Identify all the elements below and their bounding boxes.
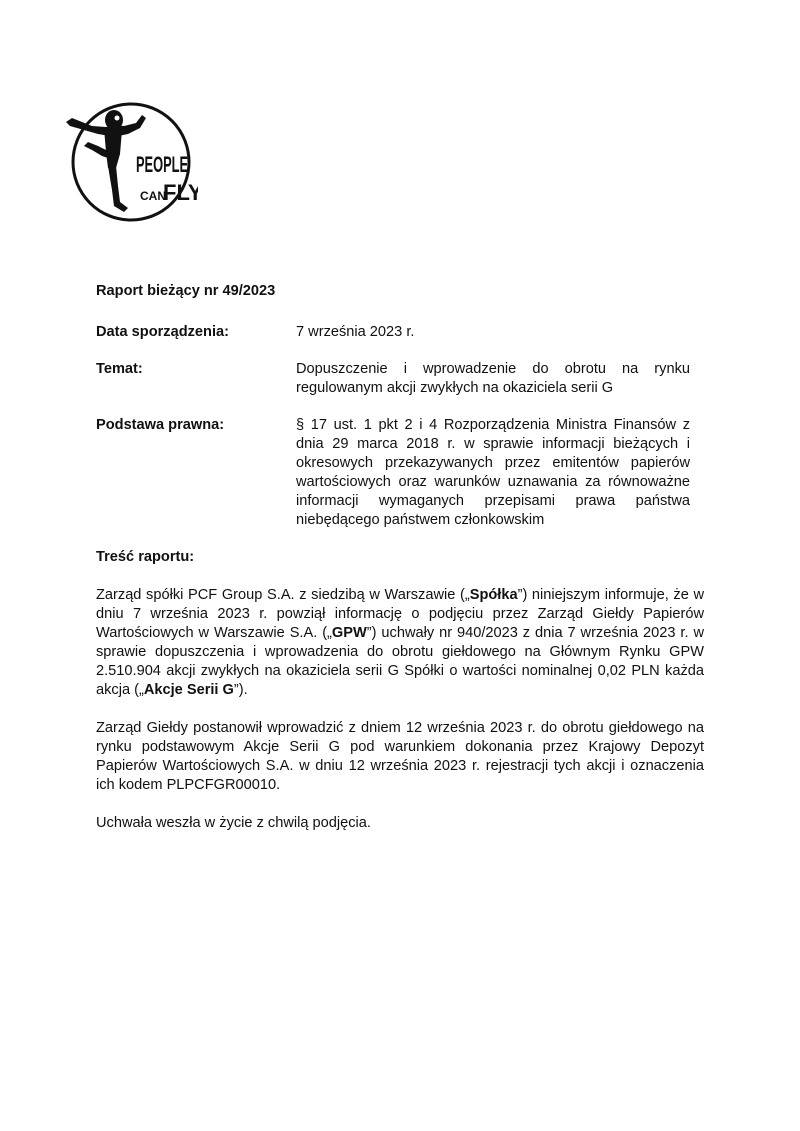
field-value: 7 września 2023 r.	[296, 323, 690, 342]
report-content: Raport bieżący nr 49/2023 Data sporządze…	[96, 282, 704, 852]
field-value: Dopuszczenie i wprowadzenie do obrotu na…	[296, 360, 690, 398]
report-number: Raport bieżący nr 49/2023	[96, 282, 704, 301]
people-can-fly-logo-icon: PEOPLE CAN FLY	[62, 96, 198, 228]
paragraph-3: Uchwała weszła w życie z chwilą podjęcia…	[96, 814, 704, 833]
text: ”).	[234, 682, 248, 698]
bold-term-akcje: Akcje Serii G	[144, 682, 234, 698]
bold-term-spolka: Spółka	[470, 587, 518, 603]
field-subject: Temat: Dopuszczenie i wprowadzenie do ob…	[96, 360, 704, 398]
svg-text:FLY: FLY	[163, 180, 198, 205]
field-value: § 17 ust. 1 pkt 2 i 4 Rozporządzenia Min…	[296, 416, 690, 530]
bold-term-gpw: GPW	[332, 625, 367, 641]
company-logo: PEOPLE CAN FLY	[62, 96, 198, 228]
svg-text:PEOPLE: PEOPLE	[136, 152, 188, 177]
paragraph-1: Zarząd spółki PCF Group S.A. z siedzibą …	[96, 586, 704, 700]
field-label: Temat:	[96, 360, 296, 398]
field-label: Data sporządzenia:	[96, 323, 296, 342]
paragraph-2: Zarząd Giełdy postanowił wprowadzić z dn…	[96, 719, 704, 795]
text: Zarząd spółki PCF Group S.A. z siedzibą …	[96, 587, 470, 603]
field-label: Podstawa prawna:	[96, 416, 296, 530]
field-date: Data sporządzenia: 7 września 2023 r.	[96, 323, 704, 342]
field-legal-basis: Podstawa prawna: § 17 ust. 1 pkt 2 i 4 R…	[96, 416, 704, 530]
section-title: Treść raportu:	[96, 548, 704, 567]
